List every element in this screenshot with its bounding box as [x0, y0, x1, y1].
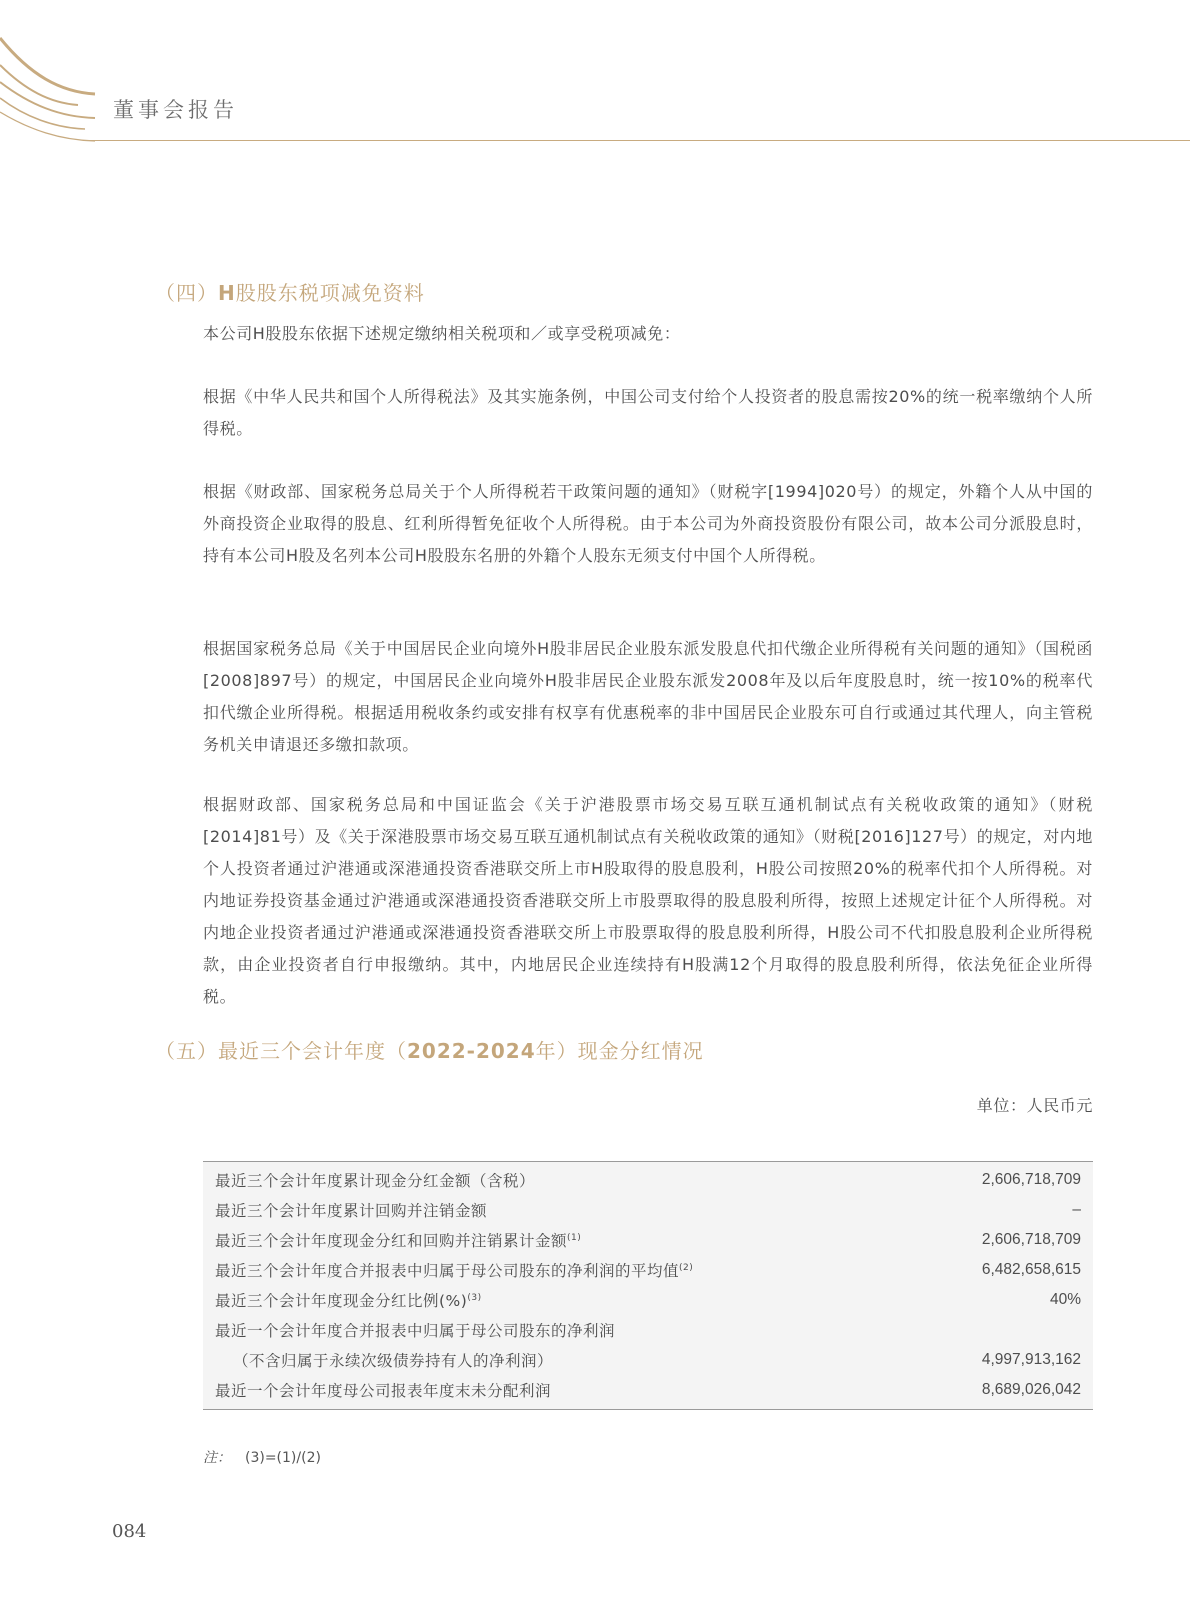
page-number: 084	[112, 1521, 146, 1542]
table-footnote: 注：(3)=(1)/(2)	[203, 1447, 321, 1467]
table-row: 最近三个会计年度累计现金分红金额（含税） 2,606,718,709	[203, 1165, 1093, 1195]
footnote-ref: (3)	[467, 1293, 481, 1303]
table-row: 最近一个会计年度合并报表中归属于母公司股东的净利润	[203, 1315, 1093, 1345]
table-row: 最近三个会计年度现金分红比例(%)(3) 40%	[203, 1285, 1093, 1315]
section-4-heading: （四）H股股东税项减免资料	[155, 277, 425, 306]
cash-dividend-table: 最近三个会计年度累计现金分红金额（含税） 2,606,718,709 最近三个会…	[203, 1161, 1093, 1410]
table-row: 最近三个会计年度累计回购并注销金额 –	[203, 1195, 1093, 1225]
section-4-intro: 本公司H股股东依据下述规定缴纳相关税项和／或享受税项减免：	[203, 318, 1093, 350]
table-row: 最近一个会计年度母公司报表年度末未分配利润 8,689,026,042	[203, 1375, 1093, 1405]
paragraph-iit-law: 根据《中华人民共和国个人所得税法》及其实施条例，中国公司支付给个人投资者的股息需…	[203, 381, 1093, 445]
table-row: 最近三个会计年度合并报表中归属于母公司股东的净利润的平均值(2) 6,482,6…	[203, 1255, 1093, 1285]
table-row: 最近三个会计年度现金分红和回购并注销累计金额(1) 2,606,718,709	[203, 1225, 1093, 1255]
currency-unit-label: 单位：人民币元	[977, 1093, 1093, 1116]
table-row: （不含归属于永续次级债券持有人的净利润） 4,997,913,162	[203, 1345, 1093, 1375]
decorative-arcs-icon	[0, 0, 400, 150]
running-header-title: 董事会报告	[113, 94, 238, 124]
header-divider	[85, 140, 1190, 141]
section-5-heading: （五）最近三个会计年度（2022-2024年）现金分红情况	[155, 1035, 704, 1064]
paragraph-foreign-individual: 根据《财政部、国家税务总局关于个人所得税若干政策问题的通知》（财税字[1994]…	[203, 476, 1093, 572]
footnote-ref: (2)	[679, 1263, 693, 1273]
paragraph-non-resident-enterprise: 根据国家税务总局《关于中国居民企业向境外H股非居民企业股东派发股息代扣代缴企业所…	[203, 633, 1093, 761]
footnote-ref: (1)	[567, 1233, 581, 1243]
paragraph-stock-connect: 根据财政部、国家税务总局和中国证监会《关于沪港股票市场交易互联互通机制试点有关税…	[203, 789, 1093, 1013]
